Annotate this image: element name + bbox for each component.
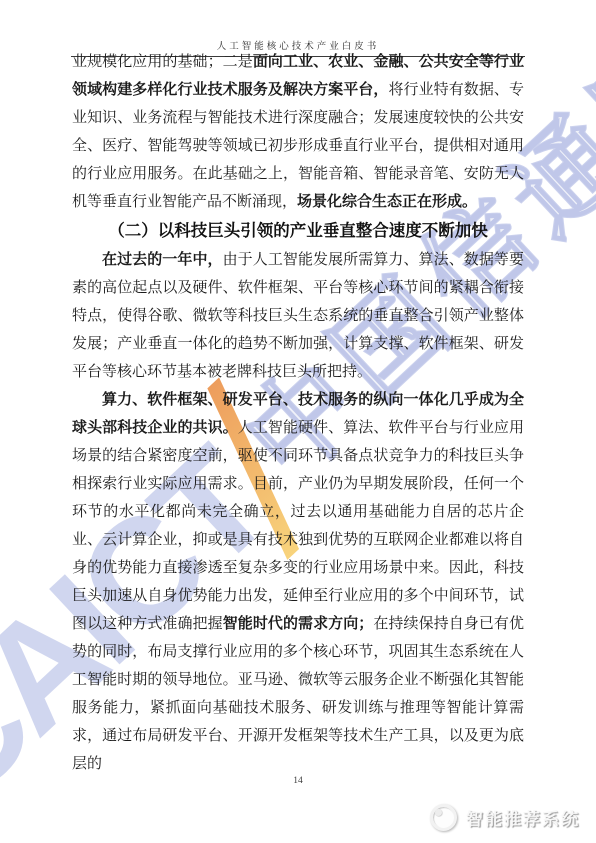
body-text: 业规模化应用的基础；二是面向工业、农业、金融、公共安全等行业领域构建多样化行业技… (72, 48, 524, 778)
text-segment: 人工智能硬件、算法、软件平台与行业应用场景的结合紧密度空前，驱使不同环节具备点状… (72, 420, 524, 632)
bold-text-segment: 在过去的一年中， (102, 251, 223, 268)
brand-logo-icon (430, 804, 457, 831)
paragraph: 算力、软件框架、研发平台、技术服务的纵向一体化几乎成为全球头部科技企业的共识。人… (72, 386, 524, 778)
text-segment: 在持续保持自身已有优势的同时，布局支撑行业应用的多个核心环节，巩固其生态系统在人… (72, 616, 524, 772)
paragraph: 业规模化应用的基础；二是面向工业、农业、金融、公共安全等行业领域构建多样化行业技… (72, 48, 524, 216)
bold-text-segment: 智能时代的需求方向； (223, 615, 374, 632)
brand-text: 智能推荐系统 (466, 805, 580, 830)
section-heading: （二）以科技巨头引领的产业垂直整合速度不断加快 (72, 216, 524, 246)
text-segment: 业规模化应用的基础；二是 (72, 54, 253, 70)
text-segment: 将行业特有数据、专业知识、业务流程与智能技术进行深度融合；发展速度较快的公共安全… (72, 82, 524, 210)
brand-watermark: 智能推荐系统 (430, 804, 580, 831)
page-number: 14 (0, 776, 596, 786)
bold-text-segment: 场景化综合生态正在形成。 (297, 193, 477, 210)
text-segment: 由于人工智能发展所需算力、算法、数据等要素的高位起点以及硬件、软件框架、平台等核… (72, 252, 524, 380)
paragraph: 在过去的一年中，由于人工智能发展所需算力、算法、数据等要素的高位起点以及硬件、软… (72, 246, 524, 386)
document-page: CAICT 中国信通院 人工智能核心技术产业白皮书 业规模化应用的基础；二是面向… (0, 0, 596, 843)
